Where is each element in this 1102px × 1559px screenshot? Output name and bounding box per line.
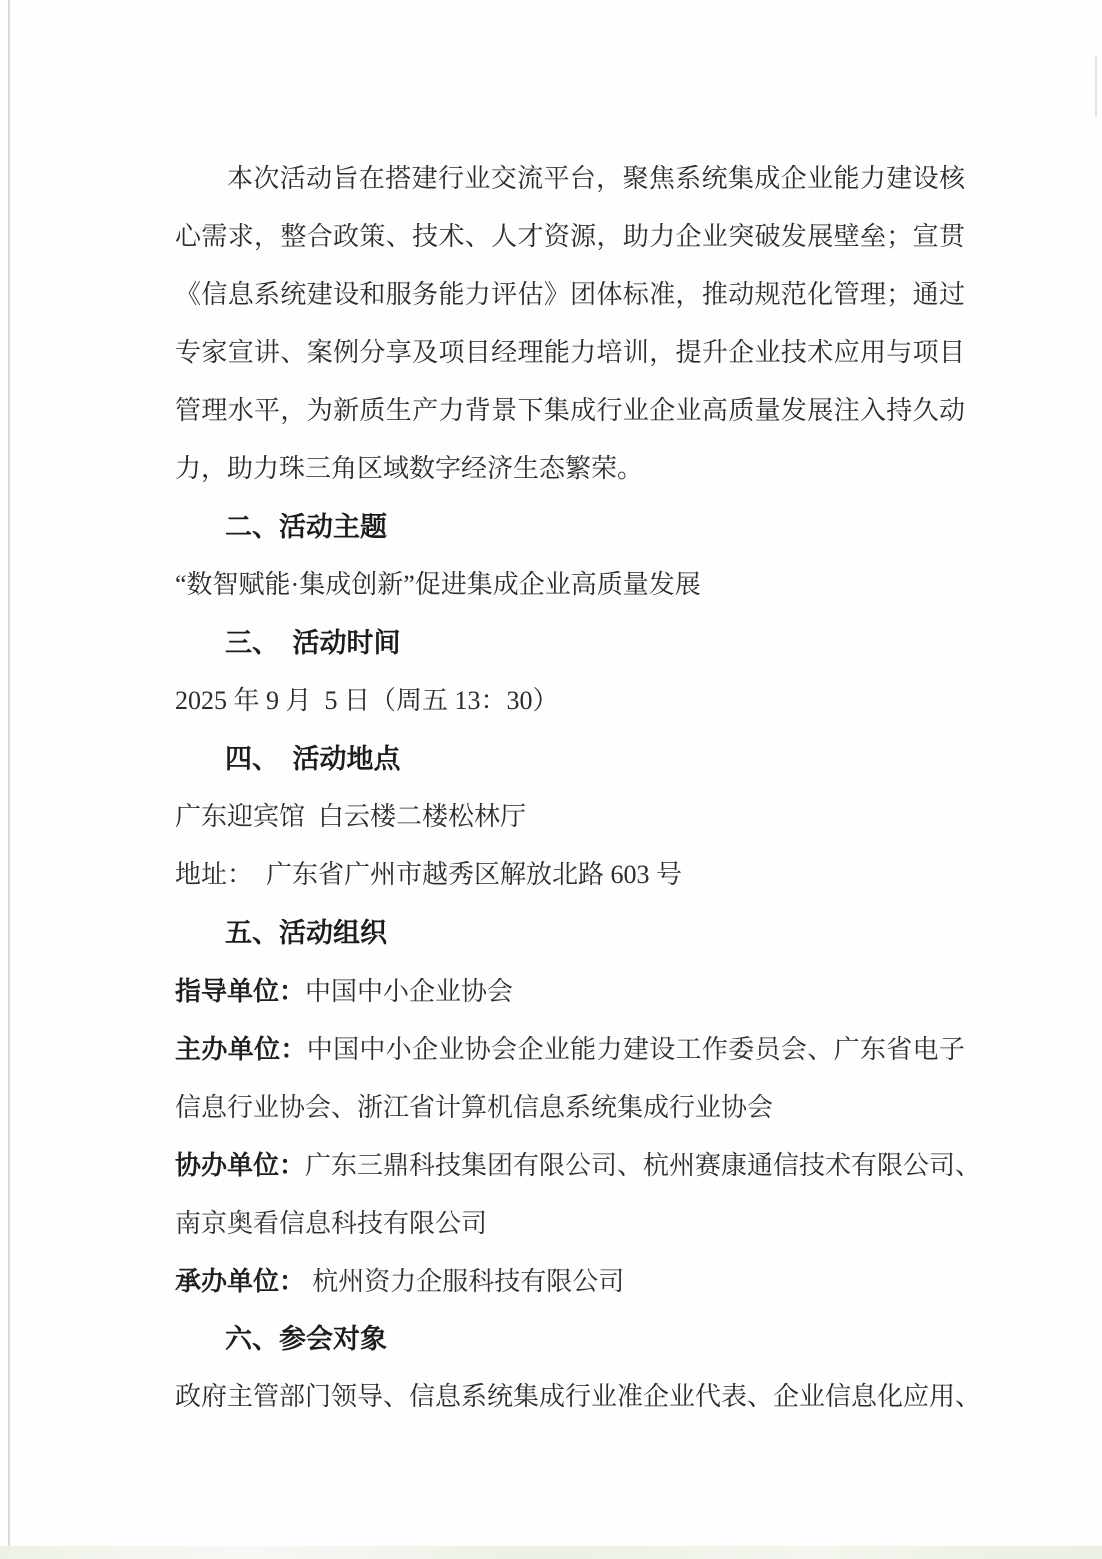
organizer-value: 中国中小企业协会 — [305, 976, 513, 1006]
section-heading-time: 三、 活动时间 — [175, 614, 965, 672]
organizer-value: 信息行业协会、浙江省计算机信息系统集成行业协会 — [175, 1092, 773, 1122]
organizer-line-cohost: 协办单位：广东三鼎科技集团有限公司、杭州赛康通信技术有限公司、 — [175, 1136, 965, 1194]
organizer-line-cohost-continued: 南京奥看信息科技有限公司 — [175, 1194, 965, 1252]
organizer-line-host: 主办单位：中国中小企业协会企业能力建设工作委员会、广东省电子 — [175, 1020, 965, 1078]
organizer-label: 主办单位： — [175, 1034, 307, 1064]
intro-paragraph-line: 力，助力珠三角区域数字经济生态繁荣。 — [175, 440, 965, 498]
section-heading-attendees: 六、参会对象 — [175, 1310, 965, 1368]
document-content: 本次活动旨在搭建行业交流平台，聚焦系统集成企业能力建设核 心需求，整合政策、技术… — [175, 150, 965, 1426]
attendees-text: 政府主管部门领导、信息系统集成行业准企业代表、企业信息化应用、 — [175, 1368, 965, 1426]
organizer-label: 指导单位： — [175, 976, 305, 1006]
organizer-value: 杭州资力企服科技有限公司 — [305, 1266, 624, 1296]
scan-bottom-band — [0, 1546, 1102, 1559]
organizer-value: 南京奥看信息科技有限公司 — [175, 1208, 487, 1238]
event-venue: 广东迎宾馆 白云楼二楼松林厅 — [175, 788, 965, 846]
organizer-value: 中国中小企业协会企业能力建设工作委员会、广东省电子 — [307, 1034, 965, 1064]
organizer-value: 广东三鼎科技集团有限公司、杭州赛康通信技术有限公司、 — [305, 1150, 965, 1180]
theme-text: “数智赋能·集成创新”促进集成企业高质量发展 — [175, 556, 965, 614]
scan-left-edge-line — [8, 0, 10, 1559]
organizer-line-guidance: 指导单位：中国中小企业协会 — [175, 962, 965, 1020]
intro-paragraph-line: 《信息系统建设和服务能力评估》团体标准，推动规范化管理；通过 — [175, 266, 965, 324]
intro-paragraph-line: 管理水平，为新质生产力背景下集成行业企业高质量发展注入持久动 — [175, 382, 965, 440]
event-address: 地址： 广东省广州市越秀区解放北路 603 号 — [175, 846, 965, 904]
section-heading-organization: 五、活动组织 — [175, 904, 965, 962]
intro-paragraph-line: 本次活动旨在搭建行业交流平台，聚焦系统集成企业能力建设核 — [175, 150, 965, 208]
organizer-label: 协办单位： — [175, 1150, 305, 1180]
organizer-line-undertaker: 承办单位： 杭州资力企服科技有限公司 — [175, 1252, 965, 1310]
organizer-label: 承办单位： — [175, 1266, 305, 1296]
scanned-document-page: 本次活动旨在搭建行业交流平台，聚焦系统集成企业能力建设核 心需求，整合政策、技术… — [0, 0, 1102, 1559]
intro-paragraph-line: 心需求，整合政策、技术、人才资源，助力企业突破发展壁垒；宣贯 — [175, 208, 965, 266]
intro-paragraph-line: 专家宣讲、案例分享及项目经理能力培训，提升企业技术应用与项目 — [175, 324, 965, 382]
organizer-line-host-continued: 信息行业协会、浙江省计算机信息系统集成行业协会 — [175, 1078, 965, 1136]
scan-right-edge-mark — [1095, 55, 1097, 117]
section-heading-location: 四、 活动地点 — [175, 730, 965, 788]
section-heading-theme: 二、活动主题 — [175, 498, 965, 556]
event-datetime: 2025 年 9 月 5 日（周五 13：30） — [175, 672, 965, 730]
